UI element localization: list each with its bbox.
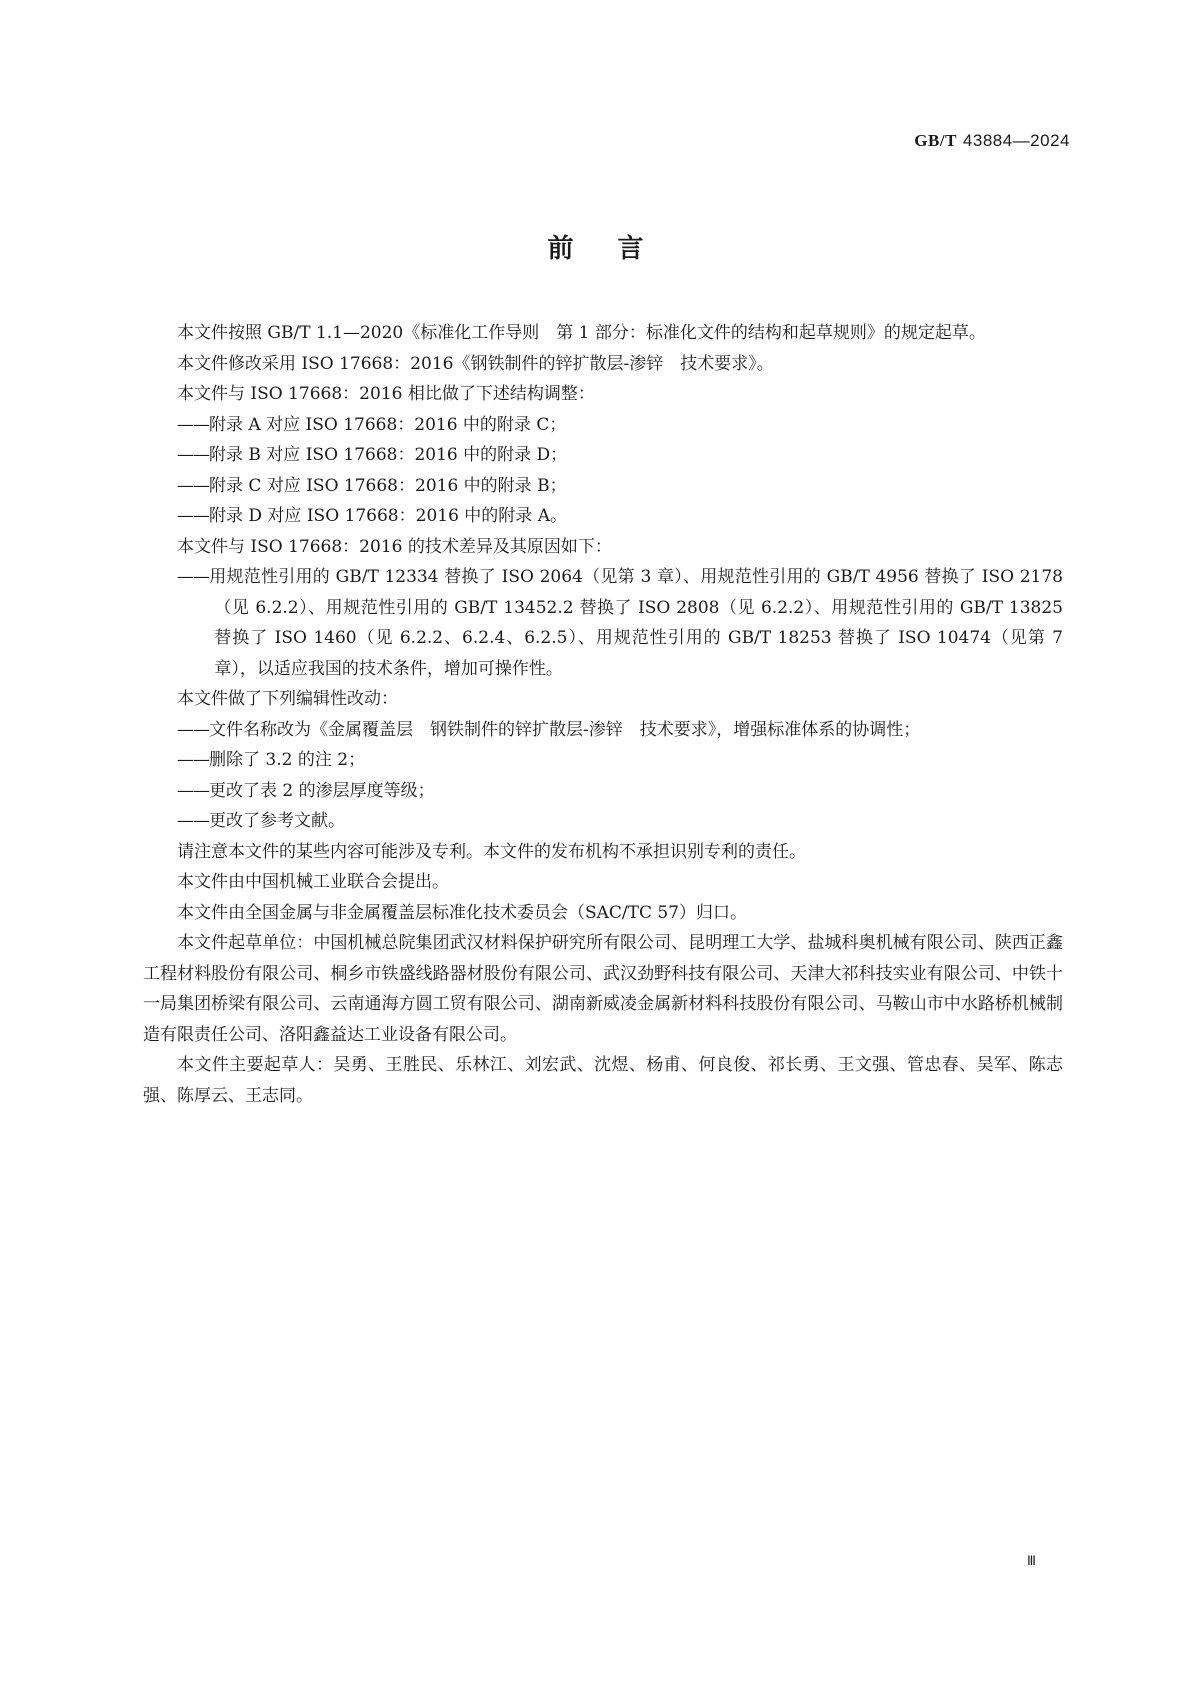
list-item: ——附录 A 对应 ISO 17668：2016 中的附录 C； [143,410,1063,441]
page-number: Ⅲ [1027,1553,1036,1569]
foreword-body: 本文件按照 GB/T 1.1—2020《标准化工作导则 第 1 部分：标准化文件… [143,318,1063,1111]
paragraph-patent-notice: 请注意本文件的某些内容可能涉及专利。本文件的发布机构不承担识别专利的责任。 [143,837,1063,868]
list-item: ——更改了表 2 的渗层厚度等级； [143,776,1063,807]
list-item: ——删除了 3.2 的注 2； [143,745,1063,776]
paragraph-committee: 本文件由全国金属与非金属覆盖层标准化技术委员会（SAC/TC 57）归口。 [143,898,1063,929]
standard-prefix: GB/T [914,131,957,150]
dash-bullet: —— [177,445,209,465]
paragraph-drafting-rules: 本文件按照 GB/T 1.1—2020《标准化工作导则 第 1 部分：标准化文件… [143,318,1063,349]
dash-bullet: —— [177,781,209,801]
standard-number: GB/T43884—2024 [914,131,1070,151]
list-item: ——附录 C 对应 ISO 17668：2016 中的附录 B； [143,471,1063,502]
paragraph-technical-differences: 本文件与 ISO 17668：2016 的技术差异及其原因如下： [143,532,1063,563]
paragraph-editorial-changes: 本文件做了下列编辑性改动： [143,684,1063,715]
list-item: ——更改了参考文献。 [143,806,1063,837]
paragraph-drafting-units: 本文件起草单位：中国机械总院集团武汉材料保护研究所有限公司、昆明理工大学、盐城科… [143,928,1063,1050]
dash-bullet: —— [177,750,209,770]
page-title: 前言 [0,228,1191,265]
list-item: ——用规范性引用的 GB/T 12334 替换了 ISO 2064（见第 3 章… [143,562,1063,684]
list-item: ——文件名称改为《金属覆盖层 钢铁制件的锌扩散层-渗锌 技术要求》，增强标准体系… [143,715,1063,746]
dash-bullet: —— [177,415,209,435]
standard-code: 43884—2024 [963,131,1070,150]
dash-bullet: —— [177,567,209,587]
paragraph-proposer: 本文件由中国机械工业联合会提出。 [143,867,1063,898]
dash-bullet: —— [177,506,209,526]
paragraph-adoption: 本文件修改采用 ISO 17668：2016《钢铁制件的锌扩散层-渗锌 技术要求… [143,349,1063,380]
list-item: ——附录 D 对应 ISO 17668：2016 中的附录 A。 [143,501,1063,532]
paragraph-structural-changes: 本文件与 ISO 17668：2016 相比做了下述结构调整： [143,379,1063,410]
dash-bullet: —— [177,811,209,831]
dash-bullet: —— [177,476,209,496]
list-item: ——附录 B 对应 ISO 17668：2016 中的附录 D； [143,440,1063,471]
dash-bullet: —— [177,720,209,740]
paragraph-drafters: 本文件主要起草人：吴勇、王胜民、乐林江、刘宏武、沈煜、杨甫、何良俊、祁长勇、王文… [143,1050,1063,1111]
